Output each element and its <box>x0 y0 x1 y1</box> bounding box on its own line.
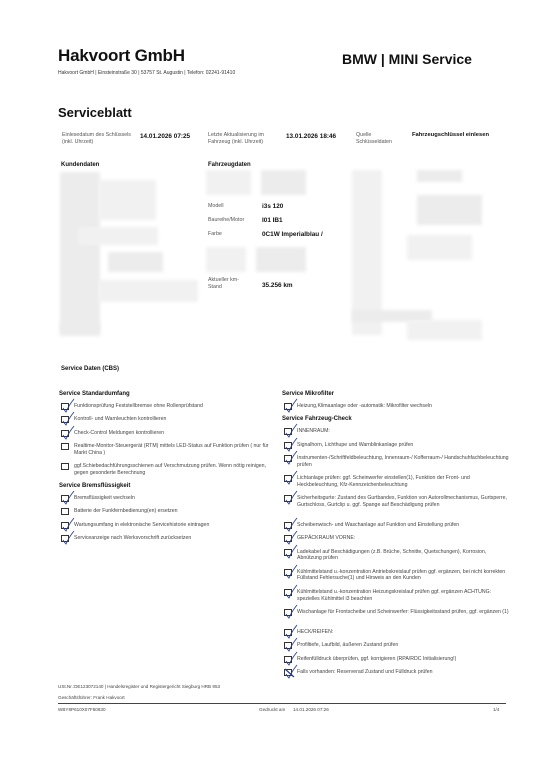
pen-check-mark-icon <box>285 424 297 438</box>
pen-check-mark-icon <box>285 638 297 652</box>
mileage-value: 35.256 km <box>262 282 293 289</box>
checklist-item-text: Kühlmittelstand u.-konzentration Antrieb… <box>297 569 512 583</box>
vehicle-field-label: Modell <box>208 203 224 210</box>
pen-check-mark-icon <box>285 399 297 413</box>
mileage-label: Aktueller km-Stand <box>208 277 248 291</box>
vehicle-extra-redacted <box>206 247 311 272</box>
vehicle-field-value: I01 IB1 <box>262 217 283 224</box>
checkbox[interactable] <box>61 508 69 515</box>
vin-text: WBY8P610X07F60830 <box>58 707 106 712</box>
pen-check-mark-icon <box>285 545 297 559</box>
pen-check-mark-icon <box>285 451 297 465</box>
checklist-item-text: Kontroll- und Warnleuchten kontrollieren <box>74 416 274 423</box>
checklist-item-text: Wischanlage für Frontscheibe und Scheinw… <box>297 609 512 616</box>
checklist-item-text: Profiltiefe, Laufbild, äußeren Zustand p… <box>297 642 512 649</box>
checklist-item-text: Instrumenten-/Schriftfeldbeleuchtung, In… <box>297 455 512 469</box>
checklist-section-heading: Service Standardumfang <box>59 391 130 397</box>
page-number: 1/4 <box>493 707 499 712</box>
vehicle-field-value: 0C1W Imperialblau / <box>262 231 323 238</box>
key-read-date-value: 14.01.2026 07:25 <box>140 133 190 140</box>
pen-check-mark-icon <box>285 585 297 599</box>
pen-check-mark-icon <box>62 399 74 413</box>
checklist-item-text: Realtime-Monitor-Steuergerät (RTM) mitte… <box>74 443 274 457</box>
checklist-item-text: INNENRAUM: <box>297 428 512 435</box>
pen-check-mark-icon <box>285 625 297 639</box>
vehicle-field-label: Baureihe/Motor <box>208 217 244 224</box>
tax-registration-text: USt.Nr.:DE123072140 | Handelsregister un… <box>58 684 220 689</box>
checklist-section-heading: Service Bremsflüssigkeit <box>59 483 130 489</box>
company-name: Hakvoort GmbH <box>58 46 185 66</box>
checklist-item-text: Check-Control Meldungen kontrollieren <box>74 430 274 437</box>
pen-check-mark-icon <box>62 518 74 532</box>
checklist-item-text: Falls vorhanden: Reserverad Zustand und … <box>297 669 512 676</box>
checklist-item-text: Batterie der Funkfernbedienung(en) erset… <box>74 508 274 515</box>
checklist-item-text: Sicherheitsgurte: Zustand des Gurtbandes… <box>297 495 512 509</box>
checkbox[interactable] <box>61 443 69 450</box>
customer-data-heading: Kundendaten <box>61 162 99 168</box>
vehicle-field-label: Farbe <box>208 231 222 238</box>
brand-logo-text: BMW | MINI Service <box>342 51 472 67</box>
checklist-item-text: GEPÄCKRAUM VORNE: <box>297 535 512 542</box>
checklist-item-text: Bremsflüssigkeit wechseln <box>74 495 274 502</box>
last-update-label: Letzte Aktualisierung im Fahrzeug (inkl.… <box>208 132 283 146</box>
pen-check-mark-icon <box>285 491 297 505</box>
checklist-item-text: Signalhorn, Lichthupe und Warnblinkanlag… <box>297 442 512 449</box>
pen-check-mark-icon <box>285 518 297 532</box>
pen-check-mark-icon <box>285 605 297 619</box>
vehicle-photo-redacted <box>206 170 311 195</box>
pen-cross-mark-icon <box>285 665 297 679</box>
checkbox[interactable] <box>61 463 69 470</box>
pen-check-mark-icon <box>62 412 74 426</box>
vehicle-data-heading: Fahrzeugdaten <box>208 162 251 168</box>
checklist-item-text: Heizung,Klimaanlage oder -automatik: Mik… <box>297 403 512 410</box>
checklist-item-text: Funktionsprüfung Feststellbremse ohne Ro… <box>74 403 274 410</box>
pen-check-mark-icon <box>285 438 297 452</box>
company-address: Hakvoort GmbH | Einsteinstraße 30 | 5375… <box>58 70 258 77</box>
pen-check-mark-icon <box>62 426 74 440</box>
checklist-item-text: Wartungsumfang in elektronische Serviceh… <box>74 522 274 529</box>
pen-check-mark-icon <box>285 531 297 545</box>
key-source-label: Quelle Schlüsseldaten <box>356 132 406 146</box>
key-source-value: Fahrzeugschlüssel einlesen <box>412 132 489 138</box>
checklist-item-text: Ladekabel auf Beschädigungen (z.B. Brüch… <box>297 549 512 563</box>
managing-director-text: Geschäftsführer: Frank Hakvoort <box>58 695 125 700</box>
customer-data-redacted <box>58 172 178 342</box>
pen-check-mark-icon <box>285 471 297 485</box>
key-read-date-label: Einlesedatum des Schlüssels (inkl. Uhrze… <box>62 132 132 146</box>
page-title: Serviceblatt <box>58 105 132 120</box>
checklist-section-heading: Service Mikrofilter <box>282 391 334 397</box>
vehicle-field-value: i3s 120 <box>262 203 283 210</box>
checklist-section-heading: Service Fahrzeug-Check <box>282 416 352 422</box>
checklist-item-text: Kühlmittelstand u.-konzentration Heizung… <box>297 589 512 603</box>
checklist-item-text: ggf.Schiebedachführungsschienen auf Vers… <box>74 463 274 477</box>
pen-check-mark-icon <box>62 491 74 505</box>
last-update-value: 13.01.2026 18:46 <box>286 133 336 140</box>
checklist-item-text: Serviceanzeige nach Werksvorschrift zurü… <box>74 535 274 542</box>
printed-label: Gedruckt am <box>259 707 285 712</box>
pen-check-mark-icon <box>285 565 297 579</box>
printed-date: 14.01.2026 07:26 <box>293 707 329 712</box>
checklist-item-text: Scheibenwisch- und Waschanlage auf Funkt… <box>297 522 512 529</box>
pen-check-mark-icon <box>285 652 297 666</box>
footer-divider <box>58 703 506 704</box>
dealer-data-redacted <box>352 170 492 340</box>
cbs-heading: Service Daten (CBS) <box>61 366 119 372</box>
checklist-item-text: Lichtanlage prüfen: ggf. Scheinwerfer ei… <box>297 475 512 489</box>
checklist-item-text: Reifenfülldruck überprüfen, ggf. korrigi… <box>297 656 512 663</box>
pen-check-mark-icon <box>62 531 74 545</box>
checklist-item-text: HECK/REIFEN: <box>297 629 512 636</box>
